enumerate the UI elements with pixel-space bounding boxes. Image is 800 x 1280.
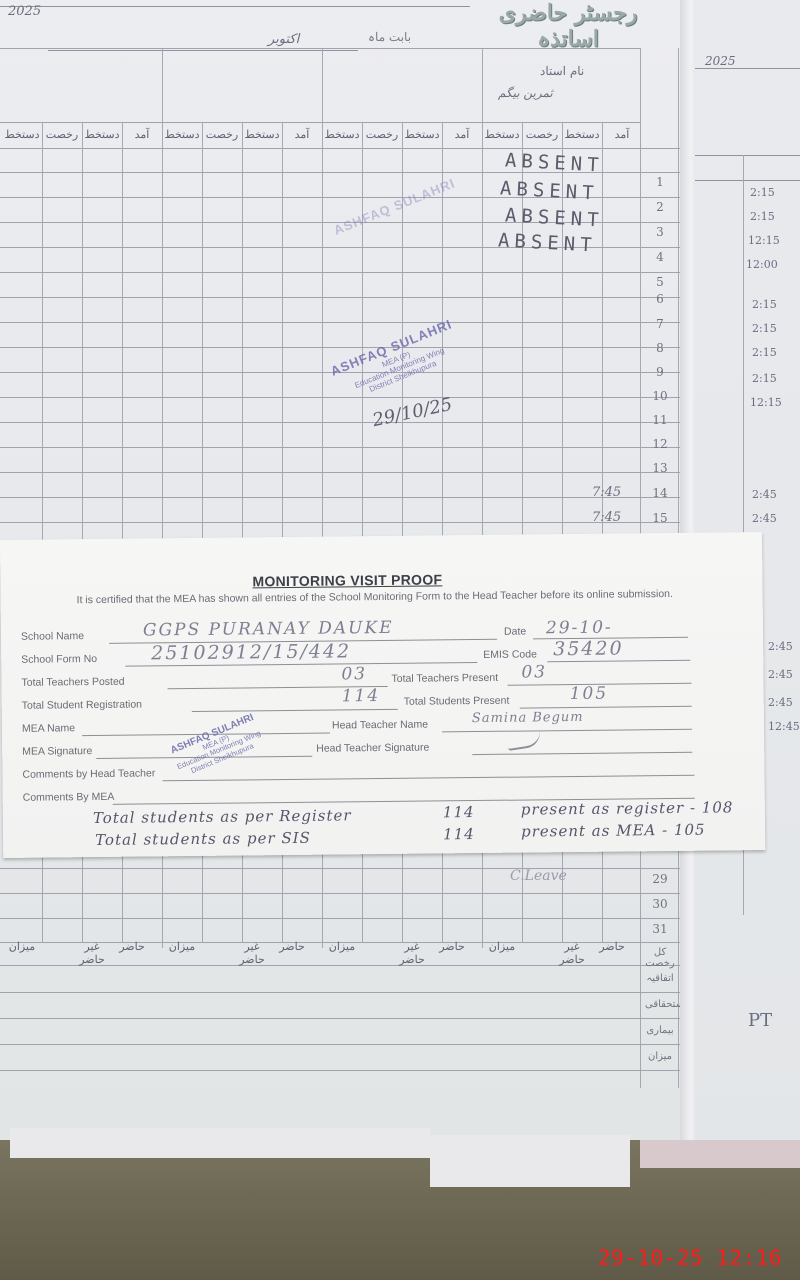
column-header: دستخط <box>484 128 520 141</box>
column-header: دستخط <box>244 128 280 141</box>
total-teachers-posted-value: 03 <box>341 664 367 684</box>
day-number: 4 <box>645 250 675 264</box>
grid-line <box>0 497 680 498</box>
column-header: دستخط <box>4 128 40 141</box>
teacher-heading: نام استاد <box>540 64 584 78</box>
day-number: 5 <box>645 275 675 289</box>
month-value: اکتوبر <box>268 32 299 47</box>
note-present-mea: present as MEA - 105 <box>521 821 706 841</box>
teacher-name: ثمرین بیگم <box>498 86 553 100</box>
summary-header: حاضر <box>594 940 630 953</box>
column-header: رخصت <box>364 128 400 141</box>
paper-edge <box>10 1128 430 1158</box>
note-register-total: Total students as per Register <box>93 806 352 827</box>
divider <box>0 6 470 7</box>
right-time-entry: 2:45 <box>768 640 793 653</box>
day-number: 1 <box>645 175 675 189</box>
day-number: 14 <box>645 486 675 500</box>
summary-row-label: کل رخصت <box>645 947 675 969</box>
grid-line <box>0 397 680 398</box>
right-time-entry: 12:15 <box>748 234 780 247</box>
grid-line <box>0 1044 680 1045</box>
summary-row-label: میزان <box>645 1051 675 1062</box>
total-teachers-present-label: Total Teachers Present <box>391 672 498 685</box>
right-time-entry: 2:45 <box>768 696 793 709</box>
head-teacher-signature <box>506 730 542 751</box>
date-value: 29-10- <box>546 618 613 639</box>
head-teacher-name-value: Samina Begum <box>472 710 584 726</box>
grid-line <box>0 992 680 993</box>
right-time-entry: 2:45 <box>752 512 777 525</box>
grid-line <box>0 322 680 323</box>
day-number: 15 <box>645 511 675 525</box>
right-time-entry: 2:15 <box>752 298 777 311</box>
column-header: آمد <box>444 128 480 141</box>
register-title: رجسٹر حاضری اساتذہ <box>468 0 668 36</box>
school-form-no-value: 25102912/15/442 <box>151 640 351 664</box>
comments-head-teacher-label: Comments by Head Teacher <box>22 767 155 780</box>
date-label: Date <box>504 625 526 637</box>
day-number: 8 <box>645 341 675 355</box>
grid-line <box>0 1018 680 1019</box>
summary-header: غیر حاضر <box>554 940 590 966</box>
note-present-register: present as register - 108 <box>521 798 734 818</box>
summary-header: میزان <box>484 940 520 953</box>
paper-edge <box>430 1135 630 1187</box>
stamp-faded: ASHFAQ SULAHRI <box>332 176 458 238</box>
summary-row-label: بیماری <box>645 1025 675 1036</box>
emis-code-label: EMIS Code <box>483 648 537 661</box>
right-time-entry: 2:15 <box>752 372 777 385</box>
note-register-total-value: 114 <box>443 803 475 821</box>
right-time-entry: 12:15 <box>750 396 782 409</box>
mea-name-label: MEA Name <box>22 722 75 735</box>
slip-title: MONITORING VISIT PROOF <box>252 571 442 589</box>
column-header: رخصت <box>524 128 560 141</box>
summary-header: غیر حاضر <box>74 940 110 966</box>
time-entry: 7:45 <box>592 510 621 525</box>
grid-line <box>0 347 680 348</box>
summary-row-label: استحقاقی <box>645 999 675 1010</box>
mea-signature-label: MEA Signature <box>22 745 92 758</box>
time-entry: 7:45 <box>592 485 621 500</box>
summary-header: حاضر <box>274 940 310 953</box>
day-number: 9 <box>645 365 675 379</box>
total-student-registration-value: 114 <box>342 686 381 706</box>
field-line <box>442 729 692 733</box>
column-header: رخصت <box>204 128 240 141</box>
grid-line <box>0 893 680 894</box>
head-teacher-signature-label: Head Teacher Signature <box>316 742 429 755</box>
day-number: 7 <box>645 317 675 331</box>
summary-row-label: اتفاقیہ <box>645 973 675 984</box>
column-header: دستخط <box>164 128 200 141</box>
grid-line <box>0 422 680 423</box>
column-header: رخصت <box>44 128 80 141</box>
grid-line <box>0 447 680 448</box>
divider <box>695 180 800 181</box>
paper-edge <box>640 1140 800 1168</box>
field-line <box>192 709 398 712</box>
right-page-note: PT <box>748 1010 772 1031</box>
monitoring-stamp: ASHFAQ SULAHRI MEA (P) Education Monitor… <box>329 317 465 405</box>
divider <box>695 155 800 156</box>
summary-header: حاضر <box>434 940 470 953</box>
grid-line <box>0 122 640 123</box>
slip-certification-text: It is certified that the MEA has shown a… <box>21 587 711 609</box>
column-header: آمد <box>124 128 160 141</box>
right-time-entry: 2:45 <box>768 668 793 681</box>
right-time-entry: 2:15 <box>750 210 775 223</box>
mea-stamp: ASHFAQ SULAHRI MEA (P) Education Monitor… <box>169 712 265 779</box>
leave-note: C.Leave <box>510 868 567 884</box>
summary-header: میزان <box>324 940 360 953</box>
field-line <box>163 775 695 782</box>
grid-line <box>0 472 680 473</box>
month-label: بابت ماہ <box>368 30 411 44</box>
school-form-no-label: School Form No <box>21 653 97 666</box>
right-time-entry: 12:00 <box>746 258 778 271</box>
right-time-entry: 2:15 <box>752 322 777 335</box>
right-page-year: 2025 <box>705 54 736 68</box>
grid-line <box>0 48 640 49</box>
school-name-value: GGPS PURANAY DAUKE <box>143 618 394 641</box>
summary-header: میزان <box>164 940 200 953</box>
school-name-label: School Name <box>21 630 84 643</box>
right-time-entry: 2:15 <box>752 346 777 359</box>
day-number: 30 <box>645 897 675 911</box>
summary-header: میزان <box>4 940 40 953</box>
total-teachers-present-value: 03 <box>521 662 547 682</box>
note-sis-total-value: 114 <box>443 825 475 843</box>
summary-header: غیر حاضر <box>234 940 270 966</box>
field-line <box>520 706 692 709</box>
column-header: دستخط <box>84 128 120 141</box>
grid-line <box>0 148 680 149</box>
grid-line <box>0 272 680 273</box>
grid-line <box>0 868 680 869</box>
divider <box>48 50 358 51</box>
year-value: 2025 <box>8 4 41 19</box>
field-line <box>547 660 690 662</box>
column-header: آمد <box>604 128 640 141</box>
day-number: 3 <box>645 225 675 239</box>
note-sis-total: Total students as per SIS <box>95 829 311 849</box>
total-student-registration-label: Total Student Registration <box>22 699 142 712</box>
day-number: 12 <box>645 437 675 451</box>
day-number: 29 <box>645 872 675 886</box>
column-header: دستخط <box>404 128 440 141</box>
total-students-present-value: 105 <box>570 684 609 704</box>
grid-line <box>0 1070 680 1071</box>
right-time-entry: 12:45 <box>768 720 800 733</box>
total-students-present-label: Total Students Present <box>404 695 510 708</box>
right-time-entry: 2:15 <box>750 186 775 199</box>
grid-line <box>0 522 680 523</box>
head-teacher-name-label: Head Teacher Name <box>332 719 428 732</box>
absent-entry: ABSENT <box>497 229 597 256</box>
day-number: 13 <box>645 461 675 475</box>
column-header: دستخط <box>324 128 360 141</box>
day-number: 10 <box>645 389 675 403</box>
summary-header: غیر حاضر <box>394 940 430 966</box>
comments-mea-label: Comments By MEA <box>23 791 115 804</box>
total-teachers-posted-label: Total Teachers Posted <box>21 676 124 689</box>
divider <box>695 68 800 69</box>
day-number: 31 <box>645 922 675 936</box>
grid-line <box>0 918 680 919</box>
camera-timestamp: 29-10-25 12:16 <box>598 1246 782 1270</box>
monitoring-visit-proof-slip: MONITORING VISIT PROOF It is certified t… <box>0 532 765 858</box>
field-line <box>472 752 692 755</box>
day-number: 2 <box>645 200 675 214</box>
summary-header: حاضر <box>114 940 150 953</box>
column-header: آمد <box>284 128 320 141</box>
absent-entry: ABSENT <box>504 204 604 231</box>
right-time-entry: 2:45 <box>752 488 777 501</box>
day-number: 11 <box>645 413 675 427</box>
absent-entry: ABSENT <box>499 177 599 204</box>
grid-line <box>0 297 680 298</box>
day-number: 6 <box>645 292 675 306</box>
column-header: دستخط <box>564 128 600 141</box>
emis-code-value: 35420 <box>553 637 624 660</box>
